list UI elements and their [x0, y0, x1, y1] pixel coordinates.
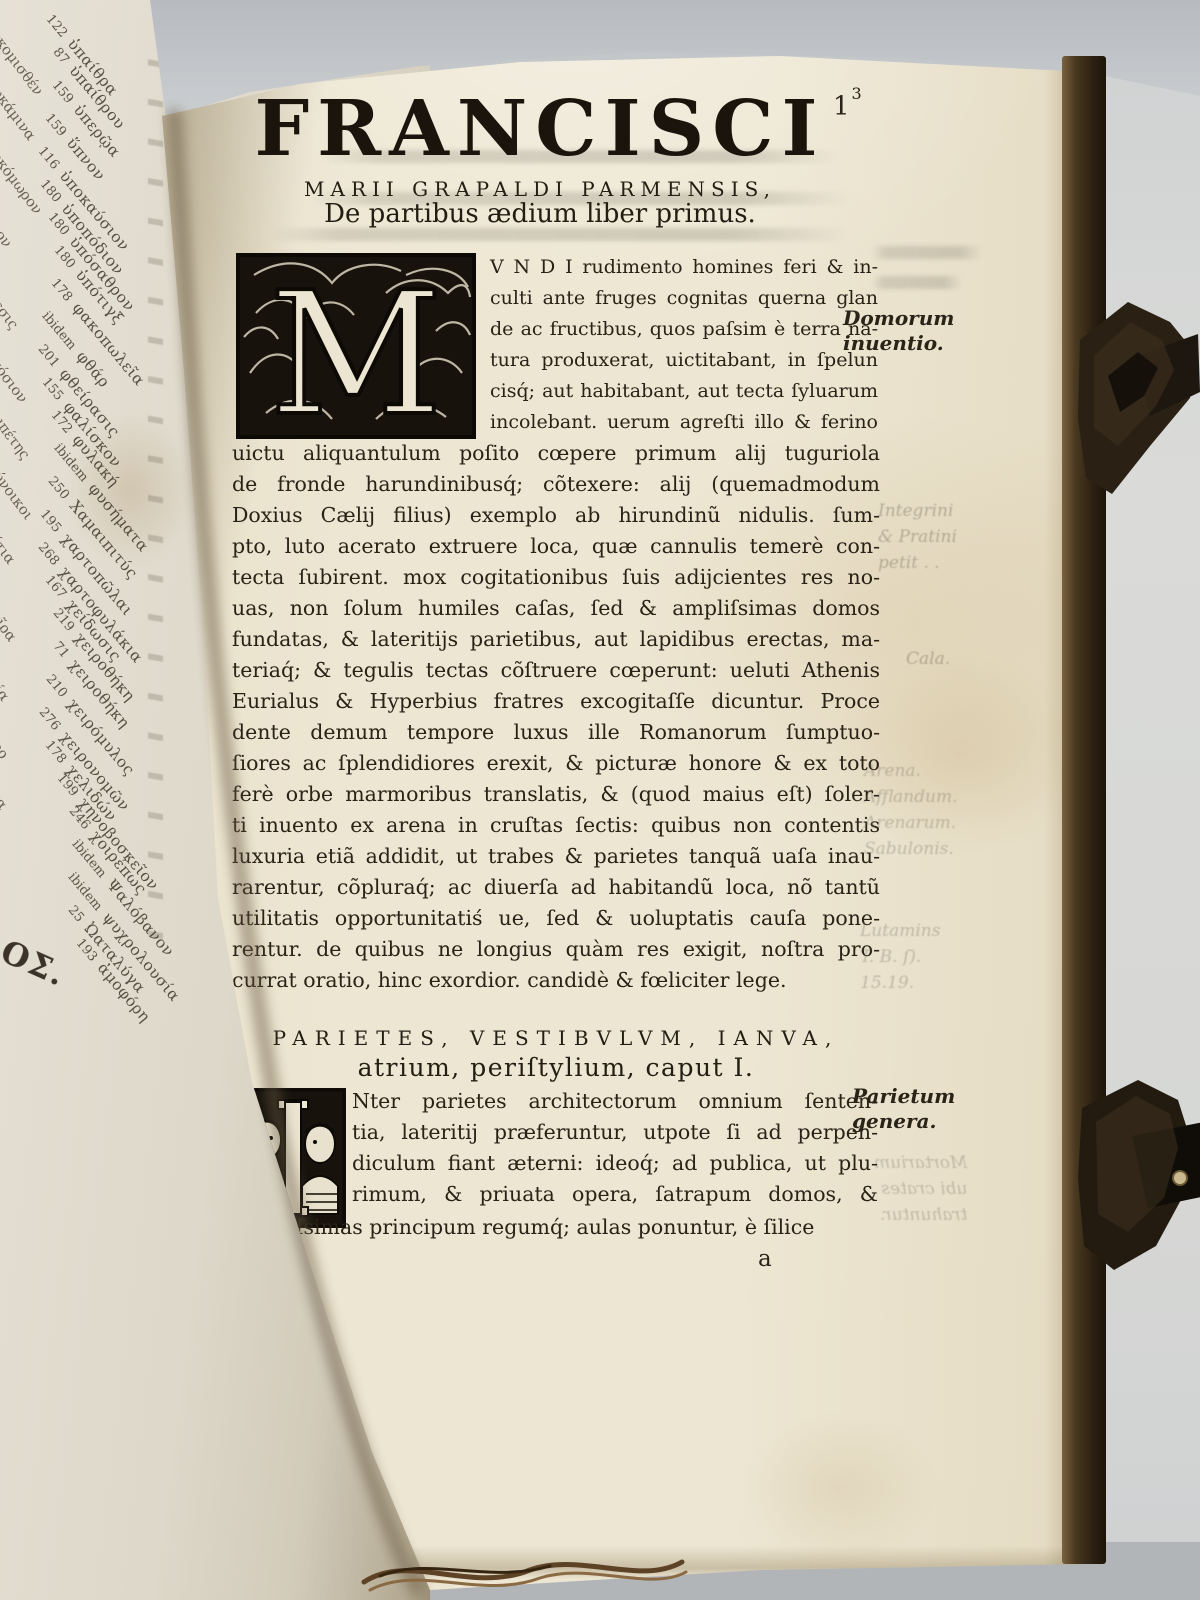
- ghost-line: T. B. ſ).: [860, 944, 940, 970]
- index-page-number: 116: [35, 144, 62, 173]
- body-text-line: Nter parietes architectorum omnium ſente…: [352, 1086, 878, 1117]
- body-text-line: luxuria etiã addidit, ut trabes & pariet…: [232, 841, 880, 872]
- woodcut-initial-m: M: [236, 253, 476, 439]
- body-text-line: ferè orbe marmoribus translatis, & (quod…: [232, 779, 880, 810]
- ghost-line: petit . .: [878, 550, 957, 576]
- index-page-number: 250: [45, 474, 72, 503]
- chapter-heading: atrium, periſtylium, caput I.: [232, 1053, 880, 1082]
- signature-mark: a: [758, 1246, 772, 1272]
- index-page-number: 122: [43, 12, 70, 41]
- sewing-threads: [350, 1538, 690, 1600]
- chapter-heading-caps: PARIETES, VESTIBVLVM, IANVA,: [232, 1026, 880, 1050]
- index-page-number: 276: [36, 705, 63, 734]
- folio-digit: 1: [833, 92, 850, 122]
- body-text-line: tura produxerat, uictitabant, in ſpelun: [490, 345, 878, 376]
- ghost-line: Mortarium: [874, 1150, 967, 1176]
- body-text-line: dente demum tempore luxus ille Romanorum…: [232, 717, 880, 748]
- index-page-number: 195: [37, 507, 64, 536]
- binding-edge: [1062, 56, 1106, 1564]
- ghost-line: Lutamins: [860, 918, 940, 944]
- body-text-line: rimum, & priuata opera, ſatrapum domos, …: [352, 1179, 878, 1210]
- body-text-line: fundatas, & lateritijs parietibus, aut l…: [232, 624, 880, 655]
- body-text-line: ampliſsimas principum regumq́; aulas pon…: [238, 1212, 886, 1243]
- index-page-number: 87: [50, 45, 72, 67]
- index-page-number: 201: [35, 342, 62, 371]
- clasp-lower: [1078, 1078, 1200, 1274]
- body-text-line: ti inuento ex arena in cruſtas ſectis: q…: [232, 810, 880, 841]
- body-text-line: tecta ſubirent. mox cogitationibus ſuis …: [232, 562, 880, 593]
- svg-text:M: M: [269, 256, 443, 439]
- body-text-line: de fronde harundinibusq́; cõtexere: alij…: [232, 469, 880, 500]
- ghost-line: trahuntur.: [874, 1202, 967, 1228]
- body-text-line: utilitatis opportunitatiś ue, ſed & uolu…: [232, 903, 880, 934]
- body-text-line: ſiores ac ſplendidiores erexit, & pictur…: [232, 748, 880, 779]
- ghost-line: & Pratini: [878, 524, 957, 550]
- photo-backdrop-right: [1100, 0, 1200, 1600]
- margin-note-line: Domorum: [843, 306, 954, 331]
- ghost-line: ubi crates: [874, 1176, 967, 1202]
- index-page-number: 210: [43, 672, 70, 701]
- index-page-number: 25: [65, 903, 87, 925]
- clasp-upper: [1078, 296, 1200, 510]
- index-page-number: 178: [48, 276, 75, 305]
- body-text-line: uictu aliquantulum poſito cœpere primum …: [232, 438, 880, 469]
- body-text-line: currat oratio, hinc exordior. candidè & …: [232, 965, 880, 996]
- showthrough-note: Integrini& Pratinipetit . .: [878, 498, 957, 576]
- body-text-line: pto, luto acerato extruere loca, quæ can…: [232, 531, 880, 562]
- ghost-line: Cala.: [906, 646, 950, 672]
- body-text-line: V N D I rudimento homines feri & in-: [490, 252, 878, 283]
- body-text-line: tia, lateritij præferuntur, utpote ſi ad…: [352, 1117, 878, 1148]
- body-text-line: culti ante fruges cognitas querna glan: [490, 283, 878, 314]
- body-text-line: incolebant. uerum agreſti illo & ferino: [490, 407, 878, 438]
- body-text-line: teriaq́; & tegulis tectas cõſtruere cœpe…: [232, 655, 880, 686]
- ghost-line: Sabulonis.: [864, 836, 957, 862]
- ghost-line: Integrini: [878, 498, 957, 524]
- ghost-line: 15.19.: [860, 970, 940, 996]
- showthrough-smudge: [872, 246, 982, 259]
- showthrough-smudge: [270, 228, 850, 241]
- book-subtitle-caps: MARII GRAPALDI PARMENSIS,: [232, 177, 848, 201]
- body-text-line: cisq́; aut habitabant, aut tecta ſyluaru…: [490, 376, 878, 407]
- index-edge-ticks: [148, 50, 163, 970]
- body-text-line: diculum fiant æterni: ideoq́; ad publica…: [352, 1148, 878, 1179]
- folio-mark: 13: [833, 90, 860, 122]
- body-text-line: rarentur, cõpluraq́; ac diuerſa ad habit…: [232, 872, 880, 903]
- showthrough-smudge: [872, 276, 962, 289]
- body-text-line: rentur. de quibus ne longius quàm res ex…: [232, 934, 880, 965]
- paragraph-2-full-lines: ampliſsimas principum regumq́; aulas pon…: [238, 1212, 886, 1243]
- showthrough-note: LutaminsT. B. ſ).15.19.: [860, 918, 940, 996]
- index-page-number: 71: [50, 639, 72, 661]
- margin-note-domorum: Domoruminuentio.: [843, 306, 954, 356]
- paragraph-1-wrapped-lines: V N D I rudimento homines feri & in-cult…: [490, 252, 878, 438]
- showthrough-note: Cala.: [906, 646, 950, 672]
- showthrough-note: Mortariumubi cratestrahuntur.: [874, 1150, 967, 1228]
- page-title: FRANCISCI: [232, 84, 848, 174]
- margin-note-line: inuentio.: [843, 331, 954, 356]
- body-text-line: uas, non ſolum humiles caſas, ſed & ampl…: [232, 593, 880, 624]
- index-page-number: 268: [35, 540, 62, 569]
- paragraph-2-wrapped-lines: Nter parietes architectorum omnium ſente…: [352, 1086, 878, 1210]
- body-text-line: de ac fructibus, quos paſsim è terra na-: [490, 314, 878, 345]
- book-subtitle: De partibus ædium liber primus.: [232, 199, 848, 229]
- body-text-line: Doxius Cælij filius) exemplo ab hirundin…: [232, 500, 880, 531]
- showthrough-note: Arena.Afflandum.Arenarum.Sabulonis.: [864, 758, 957, 862]
- folio-superscript: 3: [852, 84, 862, 103]
- index-page-number: 159: [42, 111, 69, 140]
- body-text-line: Eurialus & Hyperbius fratres excogitaſſe…: [232, 686, 880, 717]
- ghost-line: Afflandum.: [864, 784, 957, 810]
- book-photograph: { "left_page": { "fragments": ["συγκομισ…: [0, 0, 1200, 1600]
- paragraph-1-full-lines: uictu aliquantulum poſito cœpere primum …: [232, 438, 880, 996]
- ghost-line: Arena.: [864, 758, 957, 784]
- ghost-line: Arenarum.: [864, 810, 957, 836]
